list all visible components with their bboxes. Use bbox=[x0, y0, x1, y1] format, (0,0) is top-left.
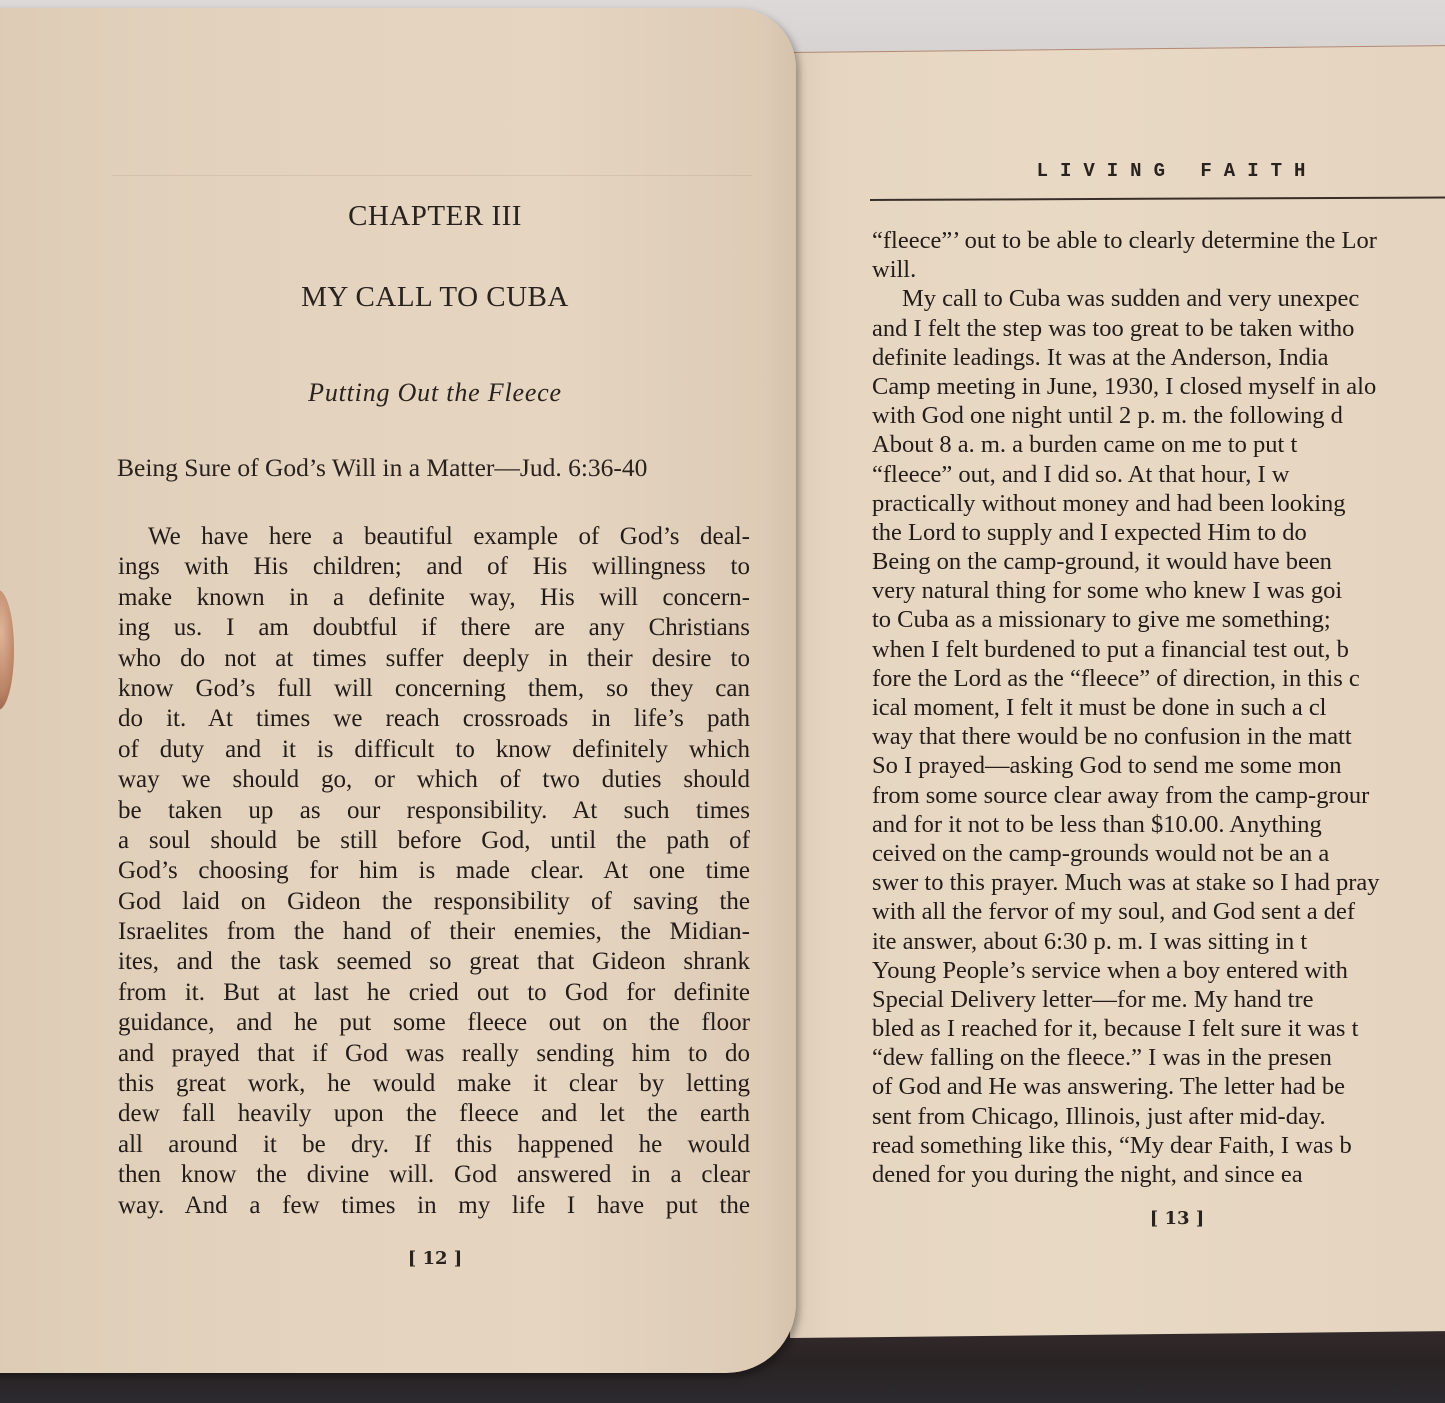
text-line: bled as I reached for it, because I felt… bbox=[872, 1014, 1445, 1043]
page-number-left: [ 12 ] bbox=[110, 1248, 760, 1269]
running-head: LIVING FAITH bbox=[872, 160, 1445, 182]
text-line: “fleece”’ out to be able to clearly dete… bbox=[872, 226, 1445, 255]
text-line: God’s choosing for him is made clear. At… bbox=[118, 856, 750, 886]
text-line: “fleece” out, and I did so. At that hour… bbox=[872, 460, 1445, 489]
page-fold-line bbox=[112, 175, 752, 176]
text-line: About 8 a. m. a burden came on me to put… bbox=[872, 430, 1445, 459]
text-line: way we should go, or which of two duties… bbox=[118, 765, 750, 795]
text-line: practically without money and had been l… bbox=[872, 489, 1445, 518]
text-line: dened for you during the night, and sinc… bbox=[872, 1160, 1445, 1189]
text-line: all around it be dry. If this happened h… bbox=[118, 1130, 750, 1160]
text-line: ing us. I am doubtful if there are any C… bbox=[118, 613, 750, 643]
text-line: and prayed that if God was really sendin… bbox=[118, 1039, 750, 1069]
text-line: will. bbox=[872, 255, 1445, 284]
text-line: So I prayed—asking God to send me some m… bbox=[872, 751, 1445, 780]
text-line: and for it not to be less than $10.00. A… bbox=[872, 810, 1445, 839]
left-page-body: We have here a beautiful example of God’… bbox=[118, 522, 750, 1221]
text-line: very natural thing for some who knew I w… bbox=[872, 576, 1445, 605]
text-line: with all the fervor of my soul, and God … bbox=[872, 897, 1445, 926]
text-line: dew fall heavily upon the fleece and let… bbox=[118, 1099, 750, 1129]
text-line: this great work, he would make it clear … bbox=[118, 1069, 750, 1099]
text-line: fore the Lord as the “fleece” of directi… bbox=[872, 664, 1445, 693]
text-line: way. And a few times in my life I have p… bbox=[118, 1191, 750, 1221]
text-line: My call to Cuba was sudden and very unex… bbox=[872, 284, 1445, 313]
text-line: definite leadings. It was at the Anderso… bbox=[872, 343, 1445, 372]
text-line: be taken up as our responsibility. At su… bbox=[118, 796, 750, 826]
text-line: Camp meeting in June, 1930, I closed mys… bbox=[872, 372, 1445, 401]
text-line: and I felt the step was too great to be … bbox=[872, 314, 1445, 343]
right-page-body: “fleece”’ out to be able to clearly dete… bbox=[872, 226, 1445, 1189]
text-line: way that there would be no confusion in … bbox=[872, 722, 1445, 751]
text-line: make known in a definite way, His will c… bbox=[118, 583, 750, 613]
text-line: ical moment, I felt it must be done in s… bbox=[872, 693, 1445, 722]
chapter-number: CHAPTER III bbox=[110, 200, 760, 233]
text-line: ceived on the camp-grounds would not be … bbox=[872, 839, 1445, 868]
text-line: know God’s full will concerning them, so… bbox=[118, 674, 750, 704]
text-line: sent from Chicago, Illinois, just after … bbox=[872, 1102, 1445, 1131]
text-line: swer to this prayer. Much was at stake s… bbox=[872, 868, 1445, 897]
text-line: with God one night until 2 p. m. the fol… bbox=[872, 401, 1445, 430]
text-line: then know the divine will. God answered … bbox=[118, 1160, 750, 1190]
text-line: a soul should be still before God, until… bbox=[118, 826, 750, 856]
section-title: Putting Out the Fleece bbox=[110, 378, 760, 408]
lesson-heading: Being Sure of God’s Will in a Matter—Jud… bbox=[117, 453, 757, 483]
text-line: “dew falling on the fleece.” I was in th… bbox=[872, 1043, 1445, 1072]
text-line: Special Delivery letter—for me. My hand … bbox=[872, 985, 1445, 1014]
text-line: Young People’s service when a boy entere… bbox=[872, 956, 1445, 985]
text-line: guidance, and he put some fleece out on … bbox=[118, 1008, 750, 1038]
text-line: when I felt burdened to put a financial … bbox=[872, 635, 1445, 664]
page-number-right: [ 13 ] bbox=[872, 1208, 1445, 1229]
text-line: ite answer, about 6:30 p. m. I was sitti… bbox=[872, 927, 1445, 956]
text-line: of God and He was answering. The letter … bbox=[872, 1072, 1445, 1101]
text-line: God laid on Gideon the responsibility of… bbox=[118, 887, 750, 917]
text-line: the Lord to supply and I expected Him to… bbox=[872, 518, 1445, 547]
text-line: of duty and it is difficult to know defi… bbox=[118, 735, 750, 765]
text-line: Israelites from the hand of their enemie… bbox=[118, 917, 750, 947]
text-line: Being on the camp-ground, it would have … bbox=[872, 547, 1445, 576]
text-line: who do not at times suffer deeply in the… bbox=[118, 644, 750, 674]
text-line: ings with His children; and of His willi… bbox=[118, 552, 750, 582]
text-line: read something like this, “My dear Faith… bbox=[872, 1131, 1445, 1160]
text-line: from some source clear away from the cam… bbox=[872, 781, 1445, 810]
text-line: do it. At times we reach crossroads in l… bbox=[118, 704, 750, 734]
text-line: We have here a beautiful example of God’… bbox=[118, 522, 750, 552]
text-line: from it. But at last he cried out to God… bbox=[118, 978, 750, 1008]
chapter-title: MY CALL TO CUBA bbox=[110, 281, 760, 314]
text-line: ites, and the task seemed so great that … bbox=[118, 947, 750, 977]
text-line: to Cuba as a missionary to give me somet… bbox=[872, 605, 1445, 634]
